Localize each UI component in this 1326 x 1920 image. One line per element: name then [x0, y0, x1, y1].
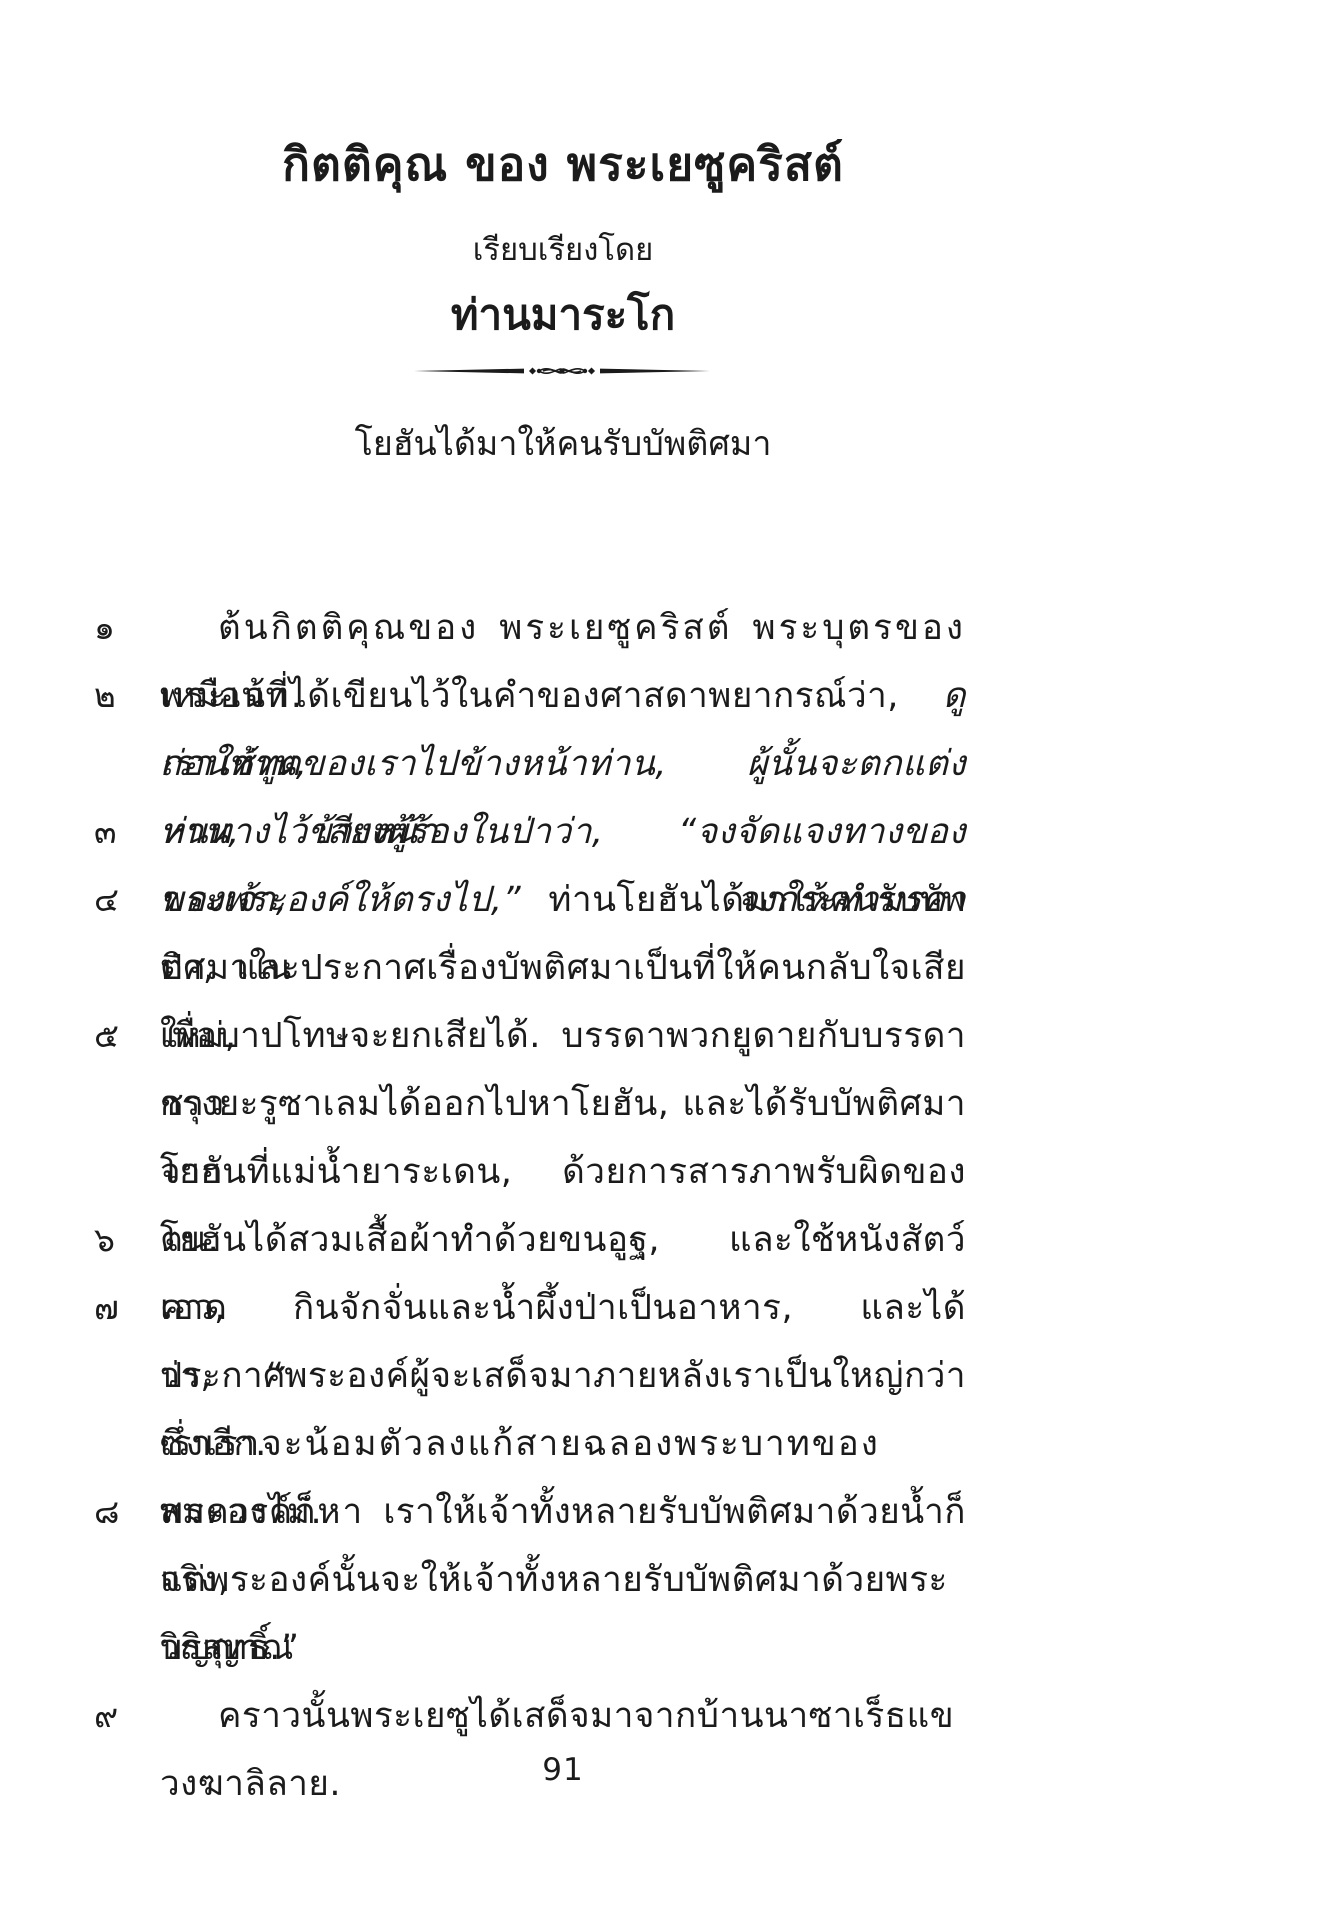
verse-number: ๓ [94, 798, 144, 866]
ornamental-divider-icon [412, 358, 712, 384]
verse-line: ๗เอว, กินจักจั่นและน้ำผึ้งป่าเป็นอาหาร, … [160, 1274, 966, 1342]
page-number: 91 [160, 1752, 966, 1788]
verse-line: ๒เหมือนที่ได้เขียนไว้ในคำของศาสดาพยากรณ์… [160, 662, 966, 730]
verse-line: ว่า, “พระองค์ผู้จะเสด็จมาภายหลังเราเป็นใ… [160, 1342, 966, 1410]
verse-number: ๑ [94, 594, 144, 662]
verse-number: ๖ [94, 1206, 144, 1274]
verse-line: ซึ่งเราจะน้อมตัวลงแก้สายฉลองพระบาทของพระ… [160, 1410, 966, 1478]
document-page: กิตติคุณ ของ พระเยซูคริสต์ เรียบเรียงโดย… [0, 0, 1326, 1920]
verse-line: ๑ต้นกิตติคุณของ พระเยซูคริสต์ พระบุตรของ… [160, 594, 966, 662]
verse-number: ๔ [94, 866, 144, 934]
verse-line: แต่พระองค์นั้นจะให้เจ้าทั้งหลายรับบัพติศ… [160, 1546, 966, 1614]
byline: เรียบเรียงโดย [160, 224, 966, 274]
verse-line: ป่า, และประกาศเรื่องบัพติศมาเป็นที่ให้คน… [160, 934, 966, 1002]
page-title: กิตติคุณ ของ พระเยซูคริสต์ [160, 128, 966, 201]
verse-line: บริสุทธิ์.” [160, 1614, 966, 1682]
verse-line: ๖โยฮันได้สวมเสื้อผ้าทำด้วยขนอูฐ, และใช้ห… [160, 1206, 966, 1274]
verse-line: ๓ท่าน, เสียงผู้ร้องในป่าว่า, “จงจัดแจงทา… [160, 798, 966, 866]
verse-line: เราใช้ทูตของเราไปข้างหน้าท่าน, ผู้นั้นจะ… [160, 730, 966, 798]
verse-number: ๘ [94, 1478, 144, 1546]
verse-line: ๙คราวนั้นพระเยซูได้เสด็จมาจากบ้านนาซาเร็… [160, 1682, 966, 1750]
verse-number: ๙ [94, 1682, 144, 1750]
verse-text: บริสุทธิ์.” [160, 1628, 300, 1668]
verse-line: กรุงยะรูซาเลมได้ออกไปหาโยฮัน, และได้รับบ… [160, 1070, 966, 1138]
verse-line: ๔ของพระองค์ให้ตรงไป,” ท่านโยฮันได้มาให้ค… [160, 866, 966, 934]
verse-lines: ๑ต้นกิตติคุณของ พระเยซูคริสต์ พระบุตรของ… [160, 594, 966, 1750]
section-heading: โยฮันได้มาให้คนรับบัพติศมา [160, 416, 966, 470]
verse-number: ๒ [94, 662, 144, 730]
verse-text: เหมือนที่ได้เขียนไว้ในคำของศาสดาพยากรณ์ว… [160, 676, 943, 716]
author-name: ท่านมาระโก [160, 282, 966, 348]
verse-number: ๗ [94, 1274, 144, 1342]
verse-number: ๕ [94, 1002, 144, 1070]
verse-line: ๘สมควรไม่. เราให้เจ้าทั้งหลายรับบัพติศมา… [160, 1478, 966, 1546]
verse-line: โยฮันที่แม่น้ำยาระเดน, ด้วยการสารภาพรับผ… [160, 1138, 966, 1206]
verse-text-quotation: ของพระองค์ให้ตรงไป,” [160, 880, 548, 920]
verse-line: ๕เพื่อบาปโทษจะยกเสียได้. บรรดาพวกยูดายกั… [160, 1002, 966, 1070]
